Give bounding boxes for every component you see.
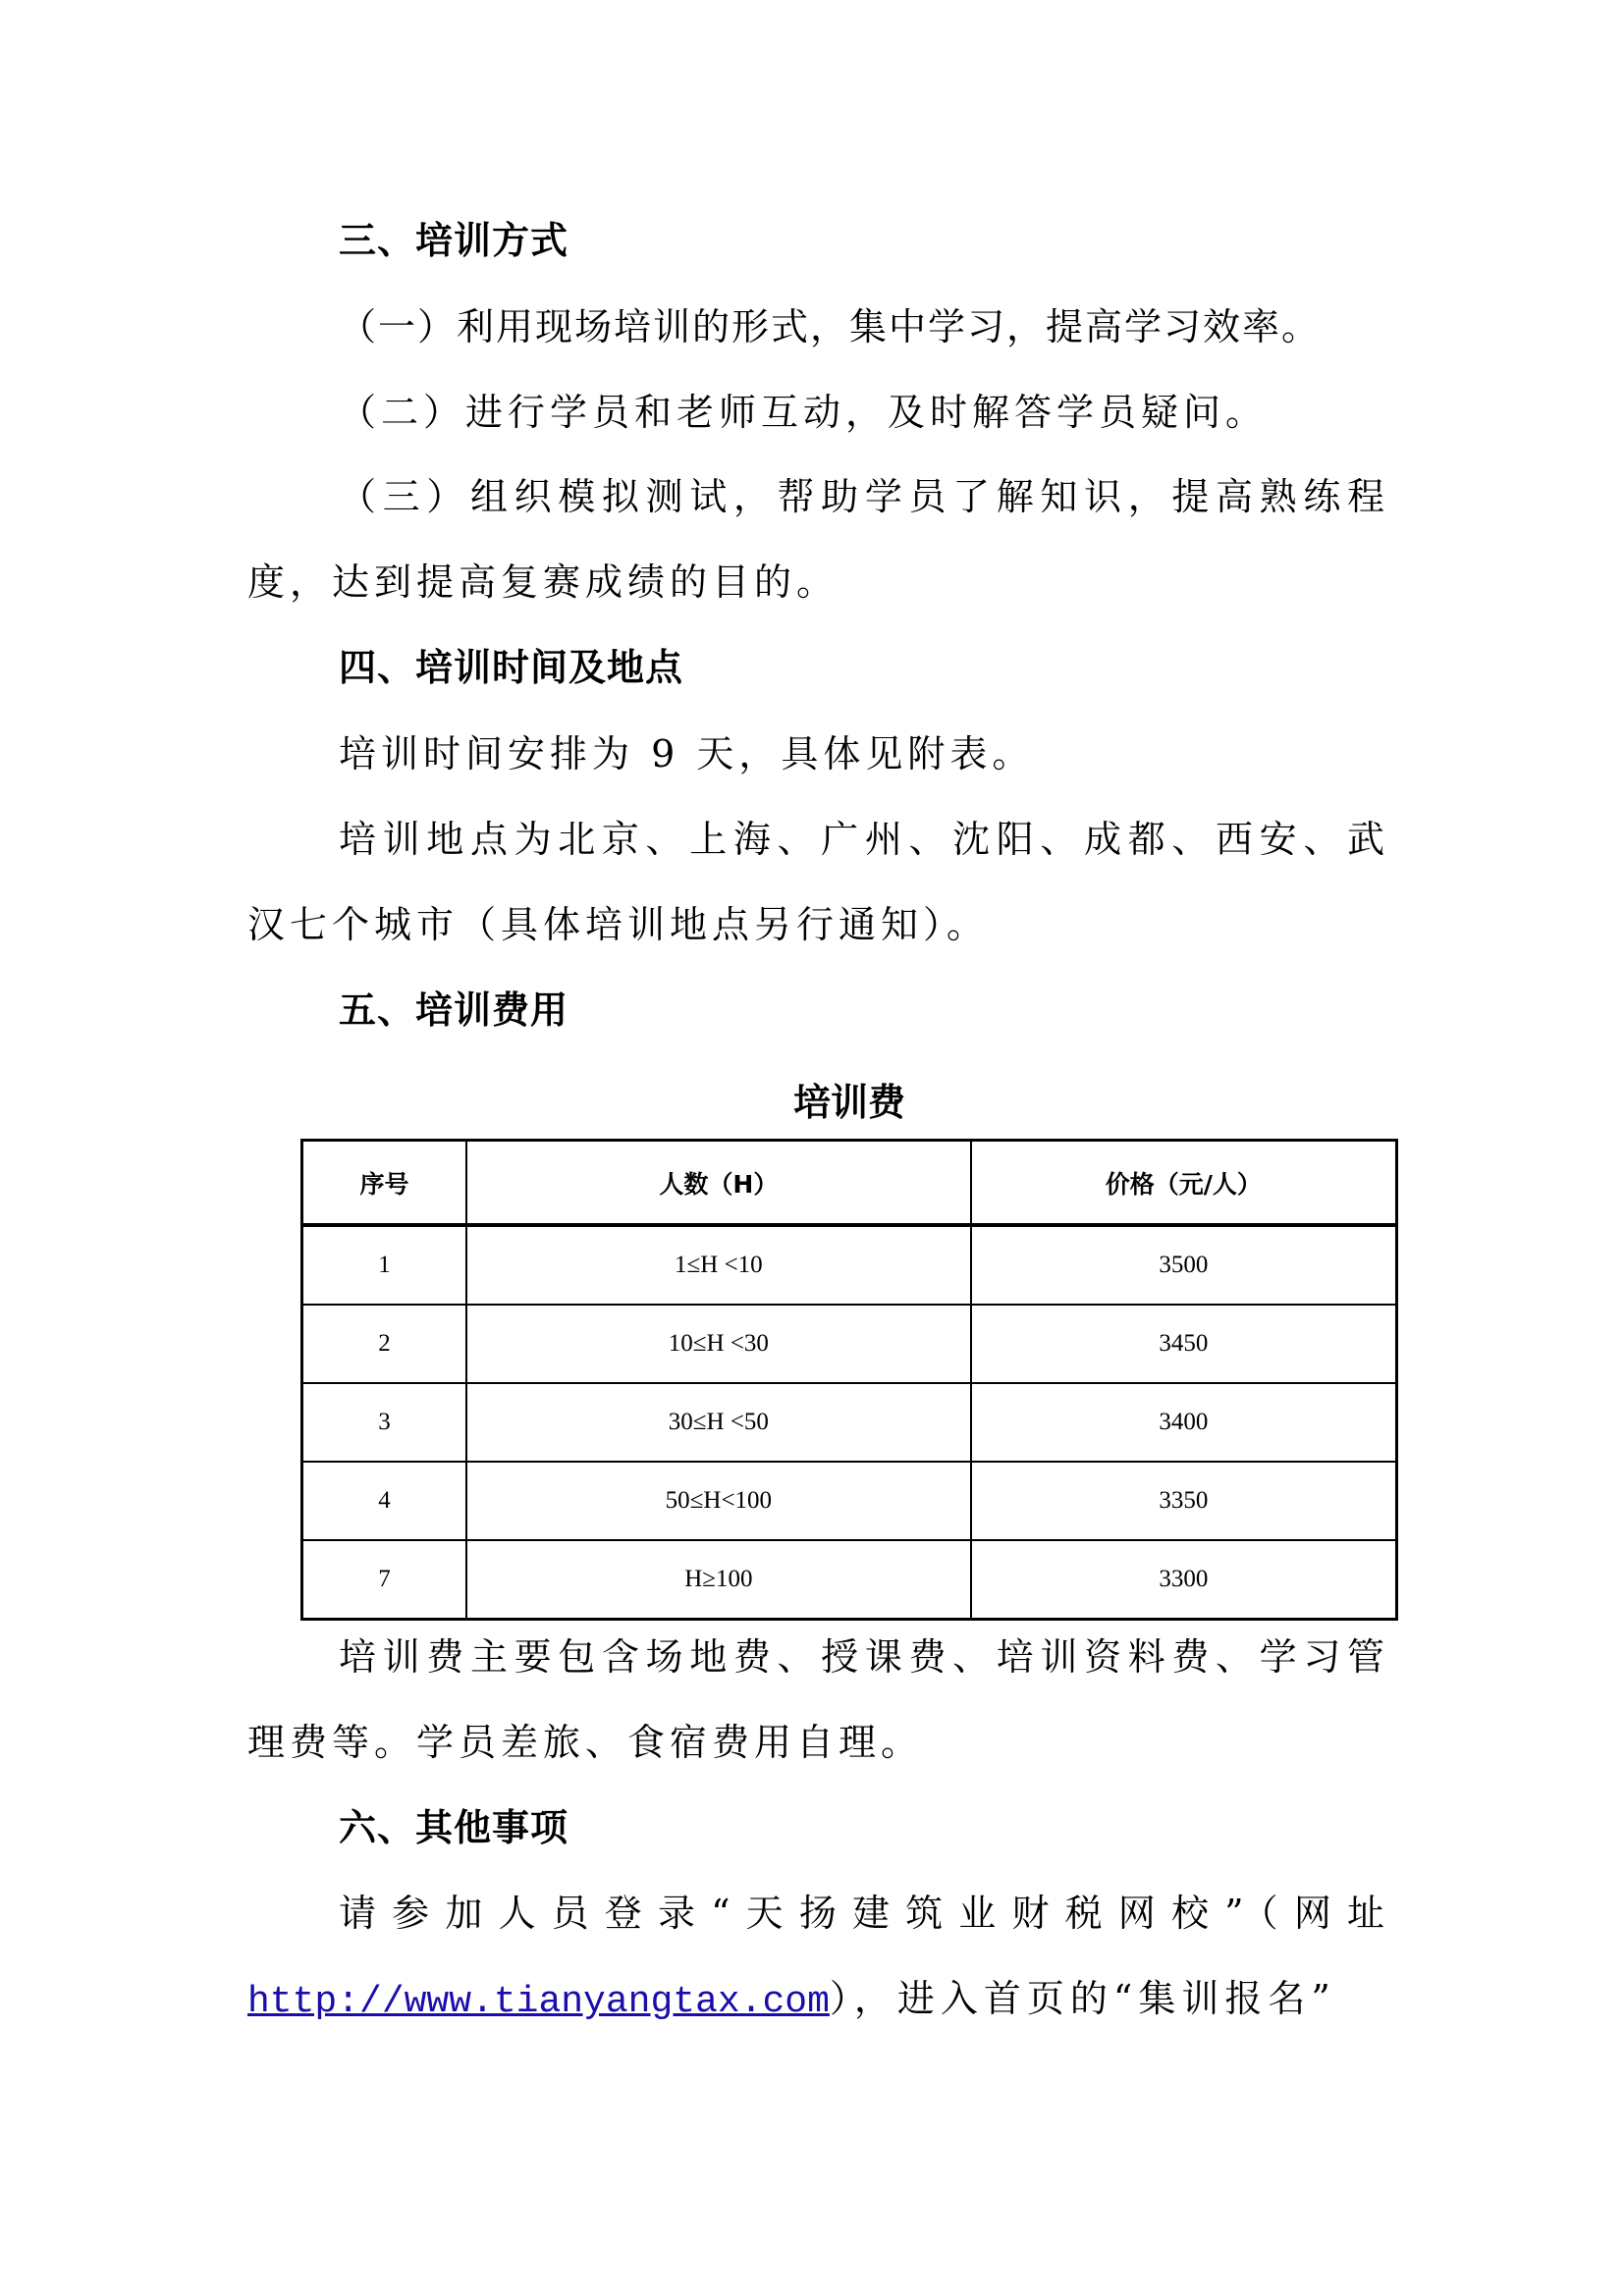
- cell-headcount: 50≤H<100: [466, 1462, 971, 1540]
- cell-headcount: H≥100: [466, 1540, 971, 1620]
- fee-note: 培训费主要包含场地费、授课费、培训资料费、学习管: [339, 1633, 1384, 1681]
- table-row: 2 10≤H <30 3450: [302, 1305, 1397, 1383]
- table-header-row: 序号 人数（H） 价格（元/人）: [302, 1141, 1397, 1226]
- training-time-text: 培训时间安排为 9 天，具体见附表。: [339, 730, 1034, 777]
- header-headcount: 人数（H）: [466, 1141, 971, 1226]
- cell-price: 3300: [971, 1540, 1397, 1620]
- cell-index: 2: [302, 1305, 467, 1383]
- fee-table: 序号 人数（H） 价格（元/人） 1 1≤H <10 3500 2 10≤H <…: [300, 1139, 1398, 1621]
- registration-text: 请参加人员登录“天扬建筑业财税网校”（网址: [339, 1890, 1384, 1937]
- section-3-item-3-cont: 度，达到提高复赛成绩的目的。: [247, 559, 839, 606]
- registration-text-cont: http://www.tianyangtax.com），进入首页的“集训报名”: [247, 1975, 1336, 2026]
- cell-index: 3: [302, 1383, 467, 1462]
- registration-text-rest: ），进入首页的“集训报名”: [830, 1977, 1336, 2020]
- table-row: 3 30≤H <50 3400: [302, 1383, 1397, 1462]
- cell-price: 3350: [971, 1462, 1397, 1540]
- table-row: 7 H≥100 3300: [302, 1540, 1397, 1620]
- cell-price: 3450: [971, 1305, 1397, 1383]
- section-6-heading: 六、其他事项: [339, 1804, 568, 1851]
- section-4-heading: 四、培训时间及地点: [339, 644, 683, 691]
- table-row: 4 50≤H<100 3350: [302, 1462, 1397, 1540]
- cell-price: 3400: [971, 1383, 1397, 1462]
- table-row: 1 1≤H <10 3500: [302, 1225, 1397, 1305]
- cell-headcount: 10≤H <30: [466, 1305, 971, 1383]
- cell-headcount: 30≤H <50: [466, 1383, 971, 1462]
- training-place-text-cont: 汉七个城市（具体培训地点另行通知）。: [247, 901, 989, 948]
- website-link[interactable]: http://www.tianyangtax.com: [247, 1981, 830, 2023]
- fee-table-title: 培训费: [300, 1072, 1398, 1126]
- section-3-item-2: （二）进行学员和老师互动，及时解答学员疑问。: [339, 389, 1268, 436]
- section-3-heading: 三、培训方式: [339, 217, 568, 264]
- header-price: 价格（元/人）: [971, 1141, 1397, 1226]
- fee-note-cont: 理费等。学员差旅、食宿费用自理。: [247, 1719, 923, 1766]
- cell-index: 1: [302, 1225, 467, 1305]
- cell-index: 7: [302, 1540, 467, 1620]
- cell-price: 3500: [971, 1225, 1397, 1305]
- section-5-heading: 五、培训费用: [339, 987, 568, 1034]
- cell-index: 4: [302, 1462, 467, 1540]
- section-3-item-3: （三）组织模拟测试，帮助学员了解知识，提高熟练程: [339, 473, 1384, 520]
- cell-headcount: 1≤H <10: [466, 1225, 971, 1305]
- header-index: 序号: [302, 1141, 467, 1226]
- section-3-item-1: （一）利用现场培训的形式，集中学习，提高学习效率。: [339, 303, 1321, 350]
- training-place-text: 培训地点为北京、上海、广州、沈阳、成都、西安、武: [339, 816, 1384, 863]
